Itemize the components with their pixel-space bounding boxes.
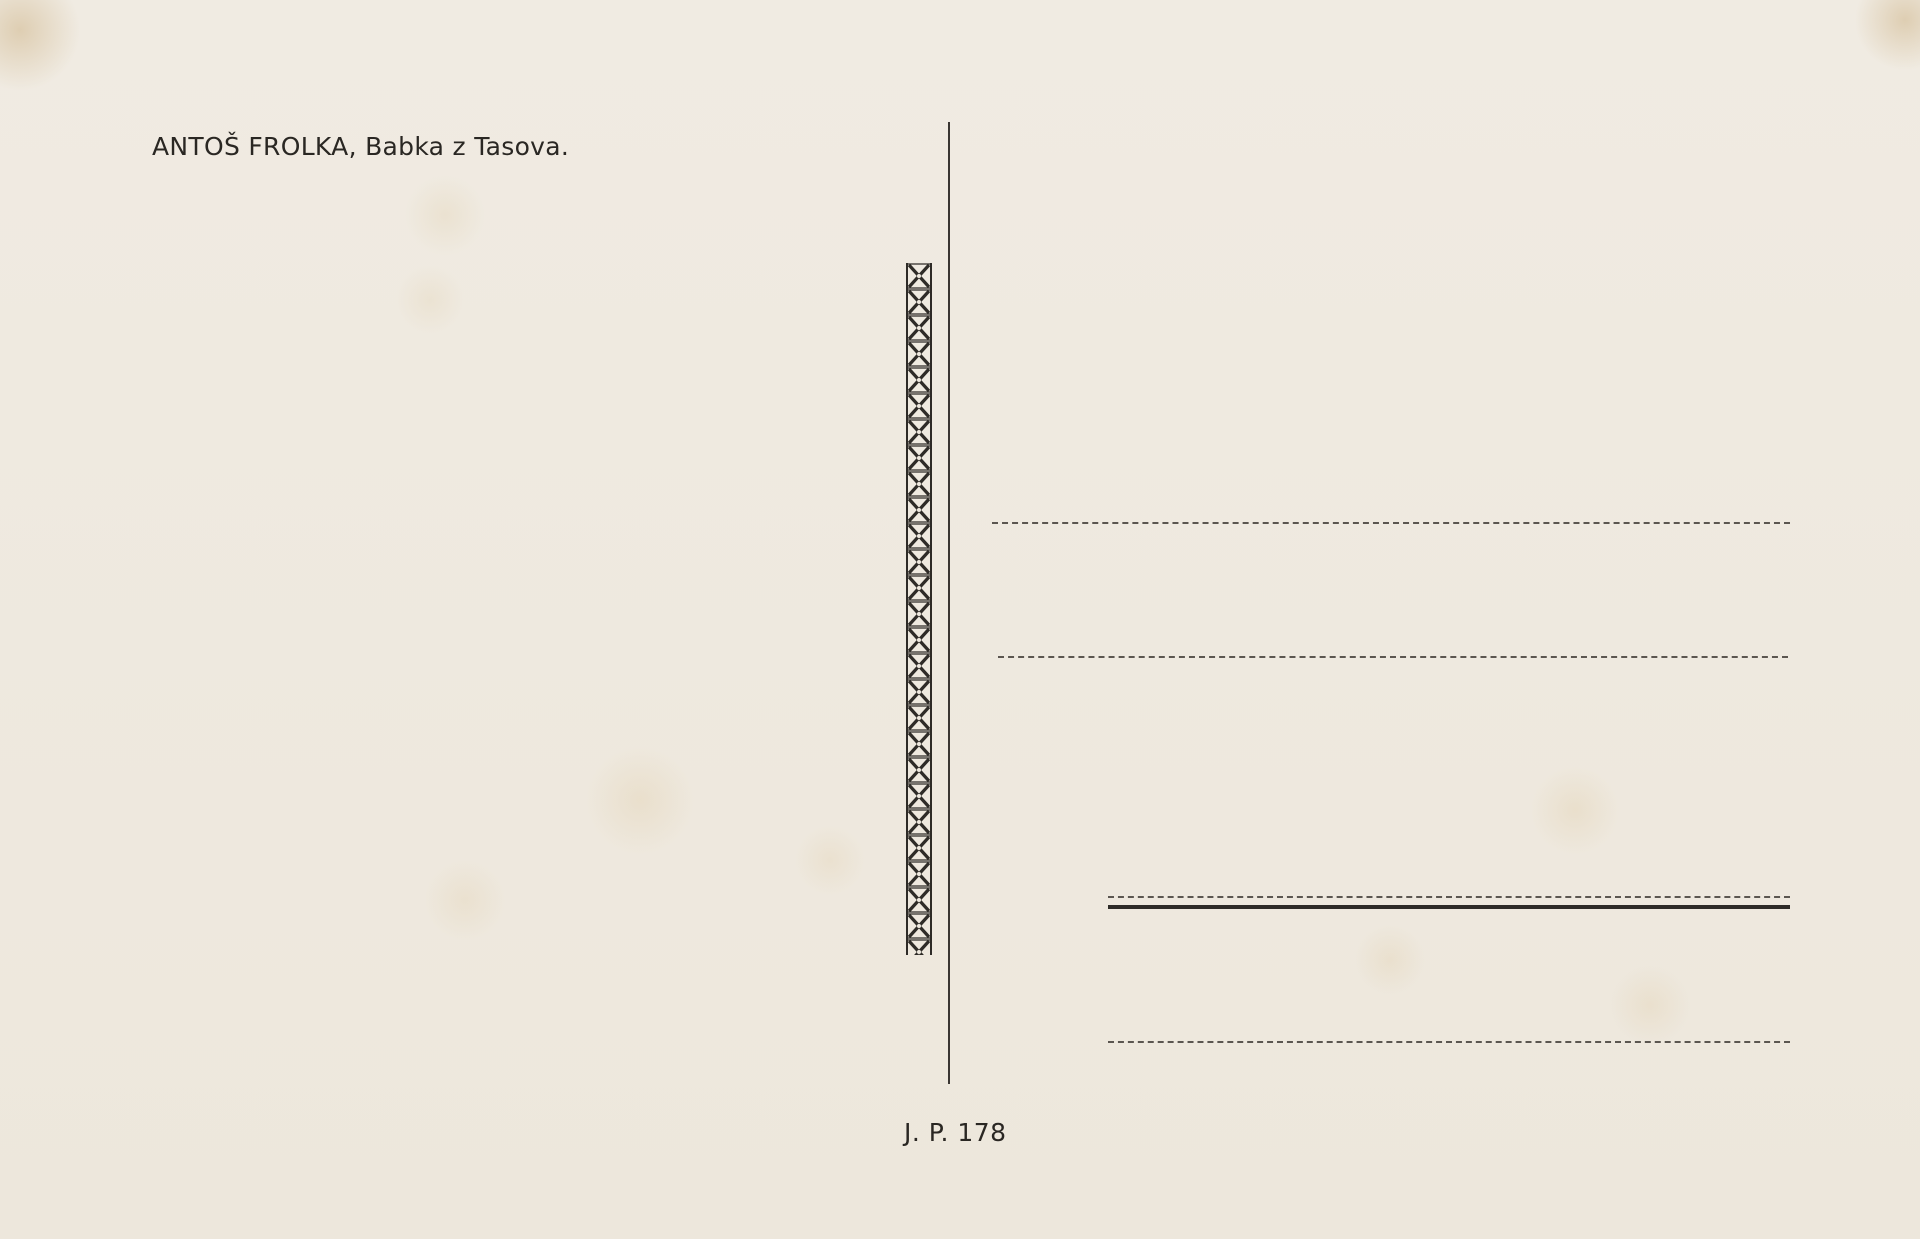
center-divider <box>948 122 950 1084</box>
catalog-code: J. P. 178 <box>904 1118 1007 1147</box>
artwork-caption: ANTOŠ FROLKA, Babka z Tasova. <box>152 132 569 161</box>
address-line-1 <box>992 522 1790 524</box>
postcard-back: ANTOŠ FROLKA, Babka z Tasova. Jaroslav P… <box>0 0 1920 1239</box>
address-line-2 <box>998 656 1788 658</box>
address-line-3 <box>1108 896 1790 898</box>
address-line-4 <box>1108 1041 1790 1043</box>
address-underline <box>1108 905 1790 909</box>
